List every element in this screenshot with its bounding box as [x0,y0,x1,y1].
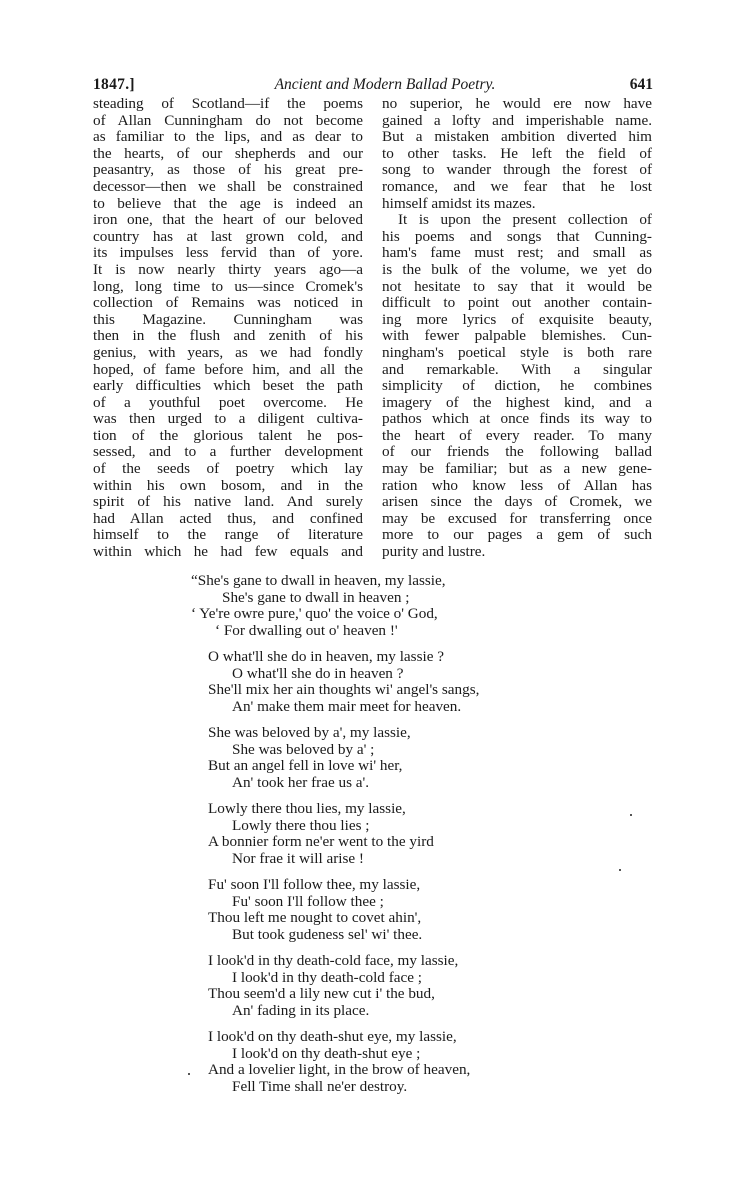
text-line: ing more lyrics of exquisite beauty, [382,312,652,329]
text-line: this Magazine. Cunningham was [93,312,363,329]
text-line: of our friends the following ballad [382,444,652,461]
poem-line: An' took her frae us a'. [208,775,479,792]
text-line: himself amidst its mazes. [382,196,652,213]
text-line: spirit of his native land. And surely [93,494,363,511]
text-line: the hearts, of our shepherds and our [93,146,363,163]
text-line: early difficulties which beset the path [93,378,363,395]
text-line: of the seeds of poetry which lay [93,461,363,478]
poem-line: I look'd in thy death-cold face, my lass… [208,953,479,970]
text-line: imagery of the highest kind, and a [382,395,652,412]
poem-line: And a lovelier light, in the brow of hea… [208,1062,479,1079]
text-line: simplicity of diction, he combines [382,378,652,395]
text-line: its impulses less fervid than of yore. [93,245,363,262]
text-line: romance, and we fear that he lost [382,179,652,196]
text-line: his poems and songs that Cunning- [382,229,652,246]
text-line: no superior, he would ere now have [382,96,652,113]
running-head: 1847.] Ancient and Modern Ballad Poetry.… [93,76,653,96]
poem-line: Lowly there thou lies, my lassie, [208,801,479,818]
text-line: of Allan Cunningham do not become [93,113,363,130]
text-line: of a youthful poet overcome. He [93,395,363,412]
text-line: sessed, and to a further development [93,444,363,461]
text-line: hoped, of fame before him, and all the [93,362,363,379]
text-line: tion of the glorious talent he pos- [93,428,363,445]
poem-line: I look'd in thy death-cold face ; [208,970,479,987]
poem-line: But an angel fell in love wi' her, [208,758,479,775]
poem-stanza: Fu' soon I'll follow thee, my lassie, Fu… [208,877,479,943]
text-line: genius, with years, as we had fondly [93,345,363,362]
document-page: 1847.] Ancient and Modern Ballad Poetry.… [0,0,750,1179]
text-line: decessor—then we shall be constrained [93,179,363,196]
text-line: is the bulk of the volume, we yet do [382,262,652,279]
poem-line: Fu' soon I'll follow thee, my lassie, [208,877,479,894]
poem-line: I look'd on thy death-shut eye ; [208,1046,479,1063]
text-line: It is now nearly thirty years ago—a [93,262,363,279]
scan-speck [188,1073,190,1075]
text-line: purity and lustre. [382,544,652,561]
poem-line: She was beloved by a' ; [208,742,479,759]
text-line: within his own bosom, and in the [93,478,363,495]
text-line: himself to the range of literature [93,527,363,544]
poem-line: Fell Time shall ne'er destroy. [208,1079,479,1096]
poem-line: She was beloved by a', my lassie, [208,725,479,742]
poem-line: ‘ Ye're owre pure,' quo' the voice o' Go… [191,606,479,623]
poem-line: Nor frae it will arise ! [208,851,479,868]
text-line: then in the flush and zenith of his [93,328,363,345]
poem-line: An' fading in its place. [208,1003,479,1020]
text-line: pathos which at once finds its way to [382,411,652,428]
poem-stanza: O what'll she do in heaven, my lassie ? … [208,649,479,715]
text-line: collection of Remains was noticed in [93,295,363,312]
text-line: arisen since the days of Cromek, we [382,494,652,511]
text-line: and remarkable. With a singular [382,362,652,379]
text-line: may be excused for transferring once [382,511,652,528]
text-line: country has at last grown cold, and [93,229,363,246]
scan-speck [619,869,621,871]
text-line: as familiar to the lips, and as dear to [93,129,363,146]
page-number: 641 [630,76,653,94]
text-line: steading of Scotland—if the poems [93,96,363,113]
poem-stanza: Lowly there thou lies, my lassie, Lowly … [208,801,479,867]
poem-line: But took gudeness sel' wi' thee. [208,927,479,944]
poem-line: A bonnier form ne'er went to the yird [208,834,479,851]
poem-stanza: I look'd in thy death-cold face, my lass… [208,953,479,1019]
paragraph-start-line: It is upon the present collection of [382,212,652,229]
text-line: was then urged to a diligent cultiva- [93,411,363,428]
text-line: ningham's poetical style is both rare [382,345,652,362]
poem-line: Lowly there thou lies ; [208,818,479,835]
text-line: may be familiar; but as a new gene- [382,461,652,478]
text-line: gained a lofty and imperishable name. [382,113,652,130]
poem-line: Thou seem'd a lily new cut i' the bud, [208,986,479,1003]
text-line: to believe that the age is indeed an [93,196,363,213]
poem-line: Fu' soon I'll follow thee ; [208,894,479,911]
text-line: peasantry, as those of his great pre- [93,162,363,179]
right-column: no superior, he would ere now have gaine… [382,96,652,561]
poem-line: Thou left me nought to covet ahin', [208,910,479,927]
text-line: not hesitate to say that it would be [382,279,652,296]
poem-stanza: “She's gane to dwall in heaven, my lassi… [198,573,479,639]
poem-line: ‘ For dwalling out o' heaven !' [198,623,479,640]
left-column: steading of Scotland—if the poems of All… [93,96,363,561]
poem-stanza: She was beloved by a', my lassie, She wa… [208,725,479,791]
ballad-poem: “She's gane to dwall in heaven, my lassi… [198,573,479,1105]
poem-line: She's gane to dwall in heaven ; [198,590,479,607]
text-line: But a mistaken ambition diverted him [382,129,652,146]
text-line: long, long time to us—since Cromek's [93,279,363,296]
poem-line: “She's gane to dwall in heaven, my lassi… [191,573,479,590]
text-line: within which he had few equals and [93,544,363,561]
poem-line: She'll mix her ain thoughts wi' angel's … [208,682,479,699]
text-line: more to our pages a gem of such [382,527,652,544]
poem-line: O what'll she do in heaven, my lassie ? [208,649,479,666]
text-line: to other tasks. He left the field of [382,146,652,163]
poem-line: O what'll she do in heaven ? [208,666,479,683]
header-title: Ancient and Modern Ballad Poetry. [93,76,653,94]
poem-line: I look'd on thy death-shut eye, my lassi… [208,1029,479,1046]
poem-line: An' make them mair meet for heaven. [208,699,479,716]
text-line: the heart of every reader. To many [382,428,652,445]
text-line: song to wander through the forest of [382,162,652,179]
text-line: had Allan acted thus, and confined [93,511,363,528]
poem-stanza: I look'd on thy death-shut eye, my lassi… [208,1029,479,1095]
text-line: ration who know less of Allan has [382,478,652,495]
text-line: ham's fame must rest; and small as [382,245,652,262]
text-line: with fewer palpable blemishes. Cun- [382,328,652,345]
text-line: difficult to point out another contain- [382,295,652,312]
scan-speck [630,814,632,816]
text-line: iron one, that the heart of our beloved [93,212,363,229]
